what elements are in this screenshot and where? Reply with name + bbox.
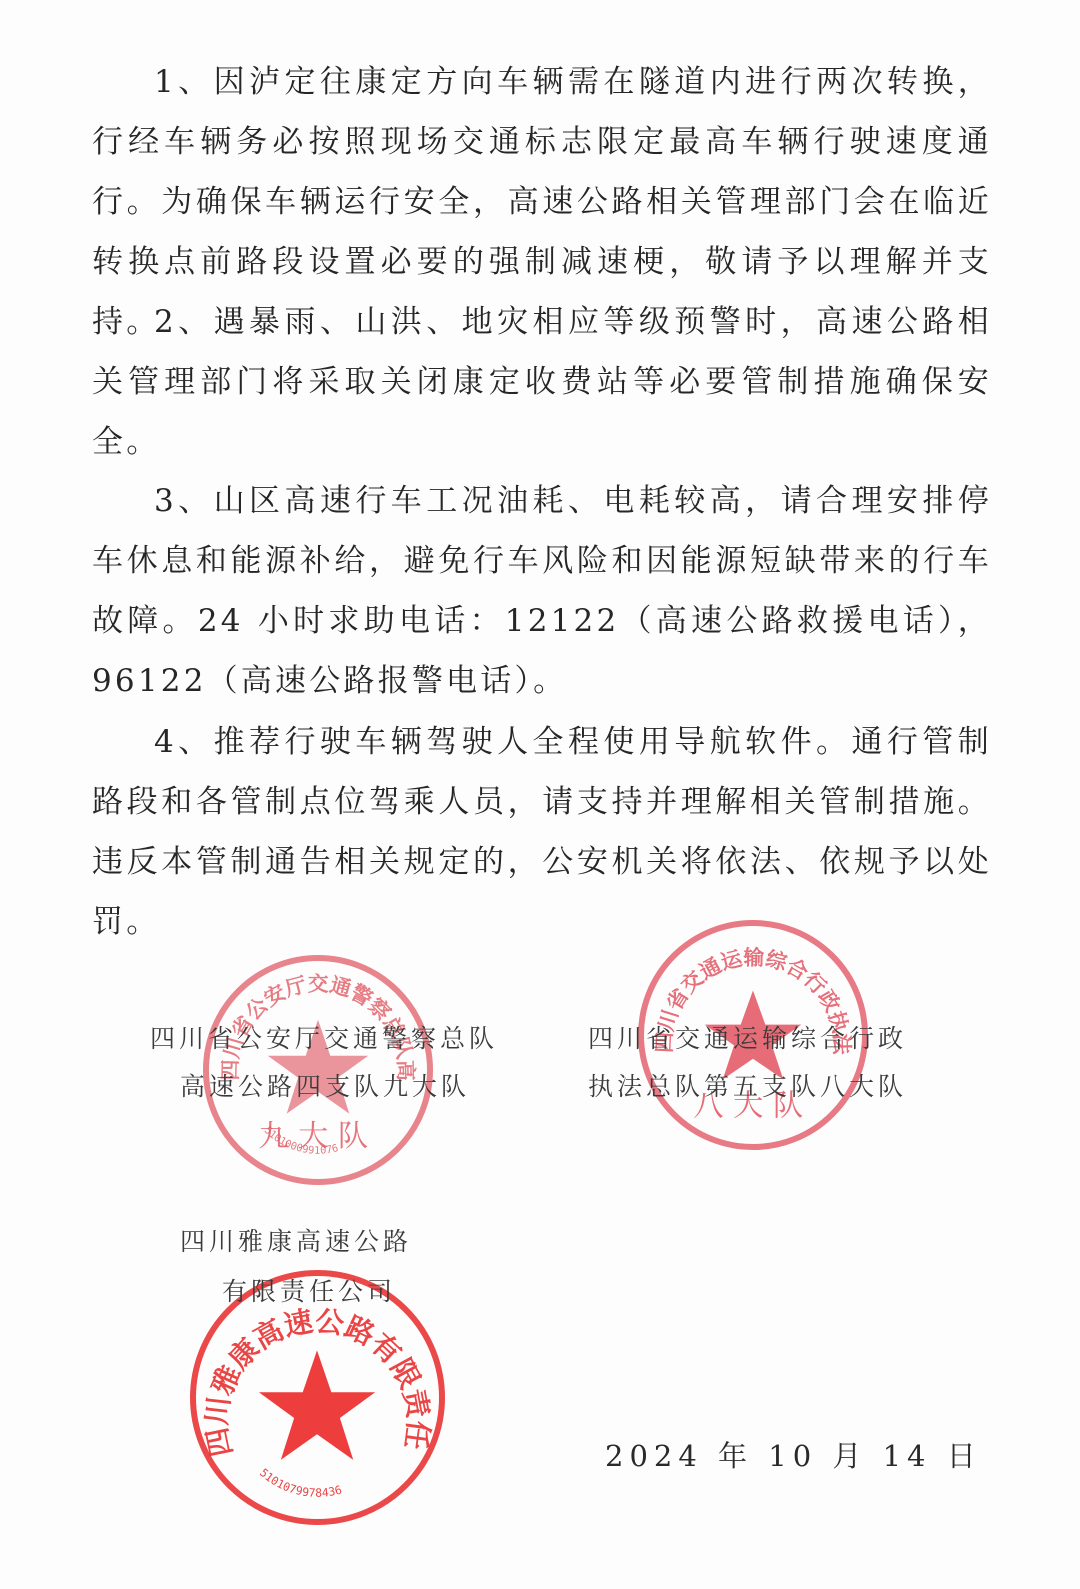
notice-document-page: 1、因泸定往康定方向车辆需在隧道内进行两次转换，行经车辆务必按照现场交通标志限定…	[0, 0, 1080, 1589]
document-date: 2024 年 10 月 14 日	[605, 1434, 982, 1475]
signatory-3-line-1: 四川雅康高速公路	[180, 1218, 412, 1266]
notice-paragraph-3: 3、山区高速行车工况油耗、电耗较高，请合理安排停车休息和能源补给，避免行车风险和…	[92, 471, 992, 711]
signatory-2-line-2: 执法总队第五支队八大队	[588, 1063, 907, 1111]
signatory-3-line-2: 有限责任公司	[222, 1268, 396, 1316]
signatory-1-line-1: 四川省公安厅交通警察总队	[150, 1015, 498, 1063]
notice-paragraph-4: 4、推荐行驶车辆驾驶人全程使用导航软件。通行管制路段和各管制点位驾乘人员，请支持…	[92, 712, 992, 952]
signatory-1-line-2: 高速公路四支队九大队	[180, 1063, 470, 1111]
signatory-2-line-1: 四川省交通运输综合行政	[588, 1015, 907, 1063]
svg-text:5101079978436: 5101079978436	[257, 1465, 343, 1499]
notice-paragraph-2: 2、遇暴雨、山洪、地灾相应等级预警时，高速公路相关管理部门将采取关闭康定收费站等…	[92, 292, 992, 472]
